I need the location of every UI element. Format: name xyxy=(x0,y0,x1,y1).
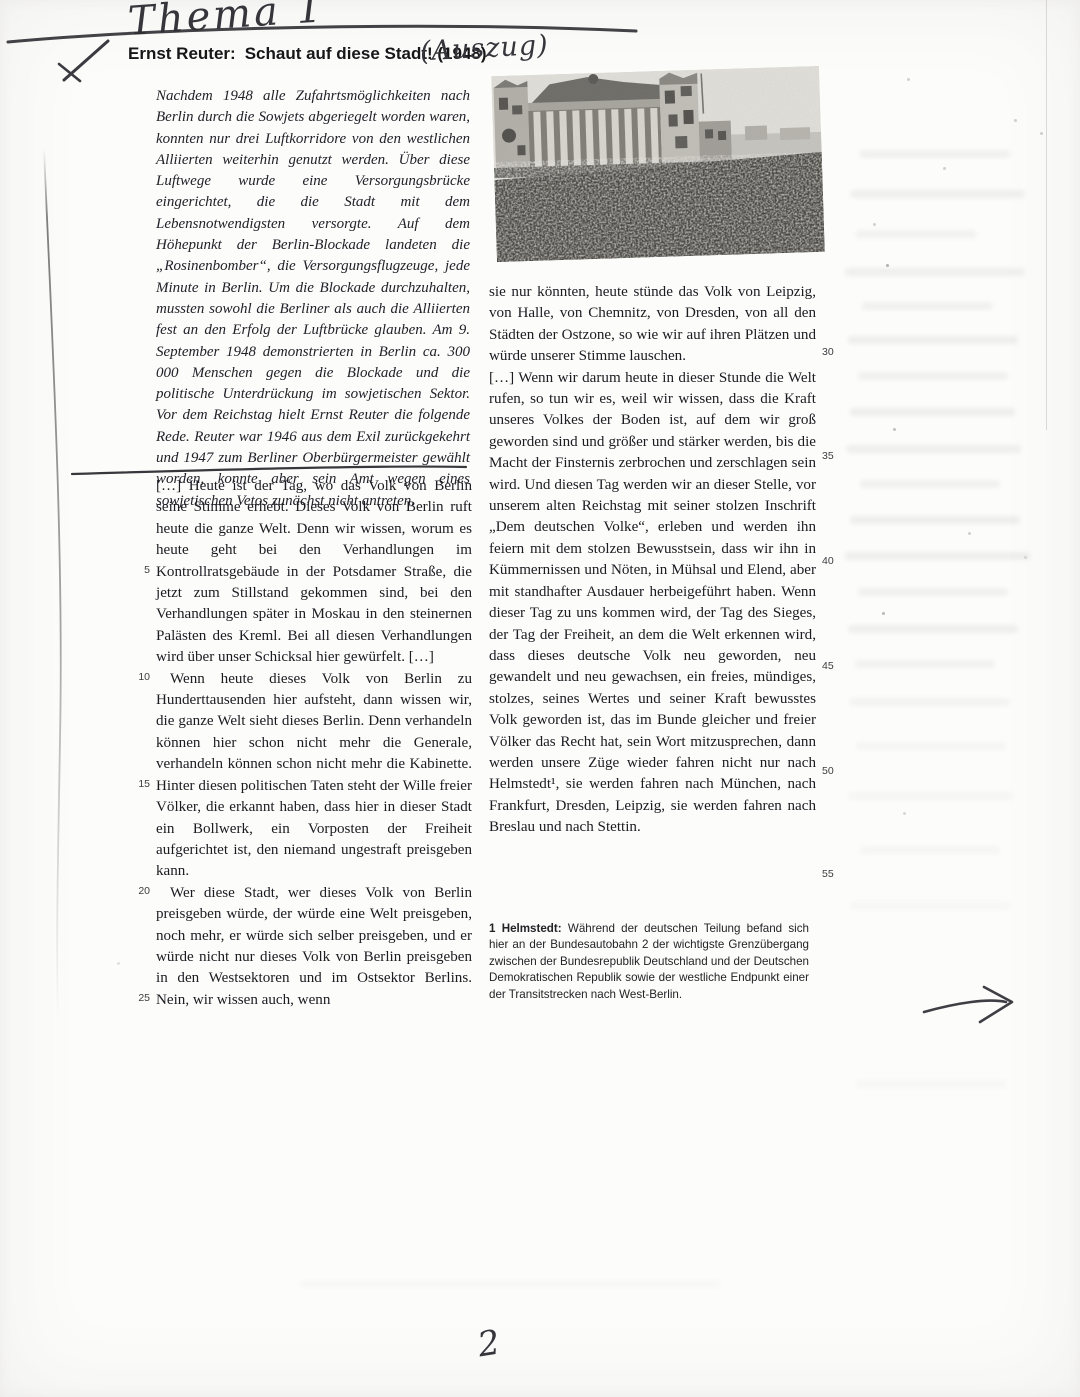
bleed-through-line xyxy=(858,588,1008,596)
line-number: 10 xyxy=(132,671,150,683)
introduction-paragraph: Nachdem 1948 alle Zufahrtsmöglichkeiten … xyxy=(156,86,470,512)
bleed-through-line xyxy=(848,336,1018,344)
bleed-through-line xyxy=(856,742,1006,750)
dust-speck xyxy=(117,962,120,965)
line-number: 20 xyxy=(132,885,150,897)
author-name: Ernst Reuter: xyxy=(128,44,236,63)
dust-speck xyxy=(882,612,885,615)
dust-speck xyxy=(968,532,971,535)
footnote-term: Helmstedt: xyxy=(502,922,562,935)
page-fold-line xyxy=(1046,0,1047,430)
bleed-through-line xyxy=(858,372,1008,380)
dust-speck xyxy=(943,167,946,170)
bleed-through-line xyxy=(845,268,1025,276)
dust-speck xyxy=(903,812,906,815)
footnote-marker: 1 xyxy=(489,922,495,935)
speech-paragraph: […] Wenn wir darum heute in dieser Stund… xyxy=(489,368,816,839)
dust-speck xyxy=(1040,132,1043,135)
bleed-through-line xyxy=(860,846,1000,854)
dust-speck xyxy=(1024,556,1027,559)
speech-left-column: […] Heute ist der Tag, wo das Volk von B… xyxy=(156,476,472,1011)
dust-speck xyxy=(907,78,910,81)
bleed-through-line xyxy=(860,150,1010,158)
dust-speck xyxy=(893,428,896,431)
line-number: 55 xyxy=(822,868,840,880)
dust-speck xyxy=(886,264,889,267)
bleed-through-line xyxy=(850,902,1010,910)
bleed-through-line xyxy=(850,190,1025,198)
speech-paragraph: sie nur könnten, heute stünde das Volk v… xyxy=(489,282,816,368)
bleed-through-line xyxy=(848,625,1018,633)
handwritten-excerpt-note: (Auszug) xyxy=(419,30,549,68)
bleed-through-line xyxy=(860,480,1000,488)
dust-speck xyxy=(873,223,876,226)
handwritten-page-number: 2 xyxy=(475,1323,503,1366)
bleed-through-line xyxy=(850,698,1010,706)
speech-right-column: sie nur könnten, heute stünde das Volk v… xyxy=(489,282,816,839)
bleed-through-line xyxy=(862,302,992,310)
line-number: 40 xyxy=(822,555,840,567)
line-number: 35 xyxy=(822,450,840,462)
reichstag-demonstration-photo xyxy=(491,66,825,262)
line-number: 50 xyxy=(822,765,840,777)
line-number: 15 xyxy=(132,778,150,790)
line-number: 45 xyxy=(822,660,840,672)
bleed-through-line xyxy=(856,230,976,238)
bleed-through-line xyxy=(850,408,1015,416)
bleed-through-line xyxy=(845,552,1030,560)
speech-paragraph: Wer diese Stadt, wer dieses Volk von Ber… xyxy=(156,883,472,1011)
bleed-through-line xyxy=(848,792,1013,800)
photo-image xyxy=(491,66,825,262)
footnote: 1 Helmstedt: Während der deutschen Teilu… xyxy=(489,921,809,1003)
line-number: 5 xyxy=(132,564,150,576)
dust-speck xyxy=(1014,119,1017,122)
speech-paragraph: Wenn heute dieses Volk von Berlin zu Hun… xyxy=(156,669,472,883)
bleed-through-line xyxy=(850,516,1020,524)
bleed-through-line xyxy=(856,1080,1006,1088)
line-number: 25 xyxy=(132,992,150,1004)
handwritten-check-mark xyxy=(56,36,120,86)
bleed-through-line xyxy=(846,445,1021,453)
speech-paragraph: […] Heute ist der Tag, wo das Volk von B… xyxy=(156,476,472,669)
scan-edge-line xyxy=(28,140,88,1040)
bleed-through-line xyxy=(300,1280,720,1288)
bleed-through-line xyxy=(855,660,995,668)
dust-speck xyxy=(262,932,265,935)
handwritten-arrow-icon xyxy=(918,980,1030,1042)
line-number: 30 xyxy=(822,346,840,358)
scanned-document-page: Thema 1 Ernst Reuter:Schaut auf diese St… xyxy=(0,0,1080,1397)
